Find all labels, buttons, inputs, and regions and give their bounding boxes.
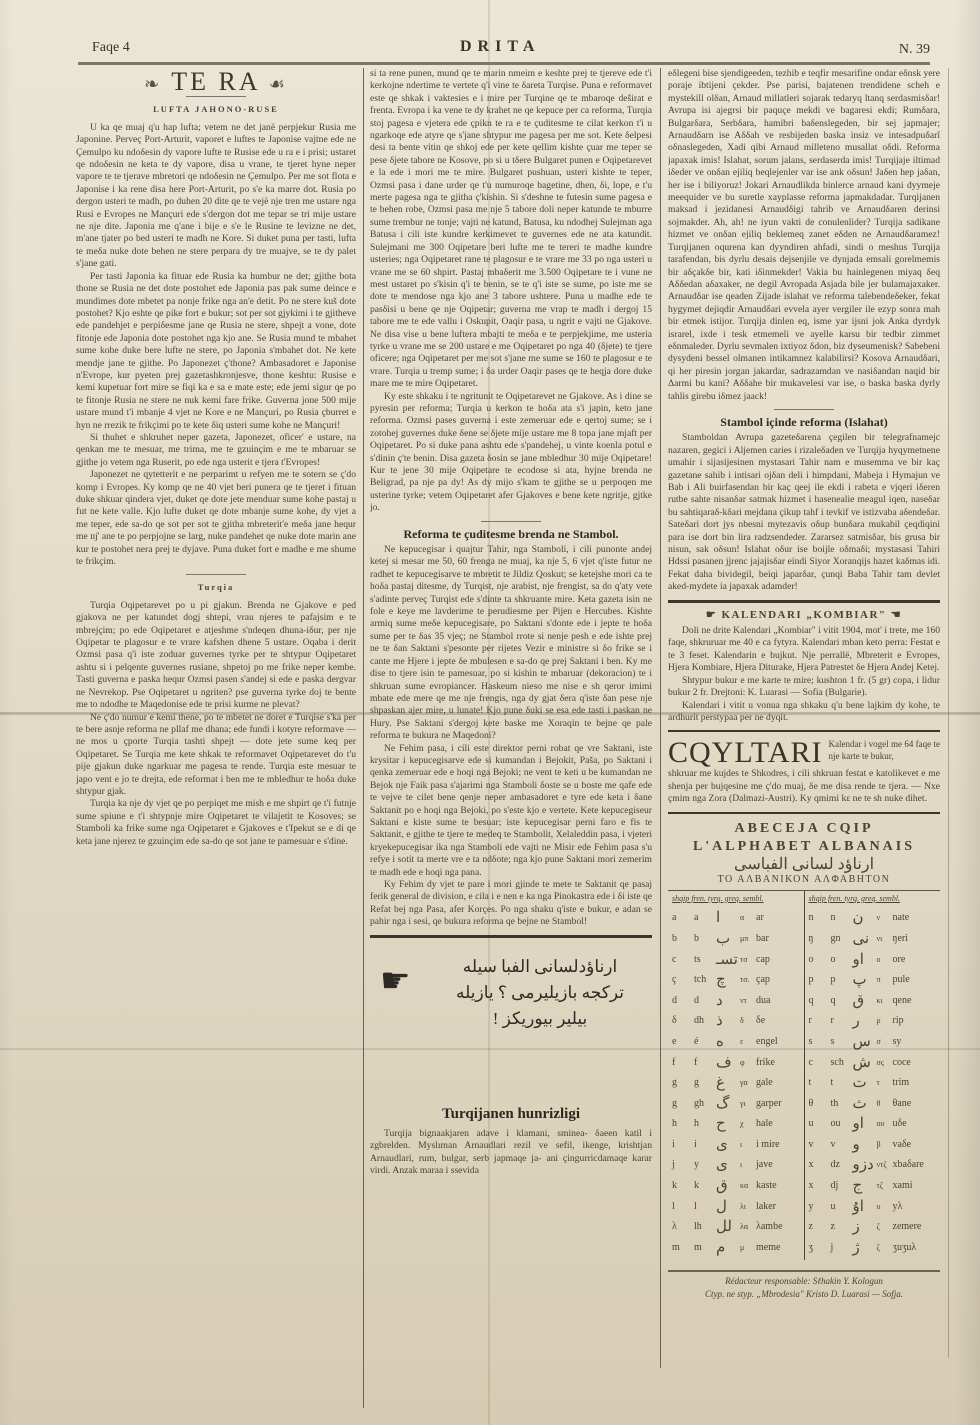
ottoman-letter: ژ [853, 1238, 877, 1259]
french-equivalent: s [831, 1032, 853, 1053]
alphabet-row: ssسσsy [809, 1032, 937, 1053]
ornament-left-icon: ❧ [144, 74, 162, 94]
french-equivalent: d [694, 991, 716, 1012]
greek-equivalent: τ [877, 1073, 893, 1094]
ottoman-letter: ز [853, 1217, 877, 1238]
ottoman-letter: ذ [716, 1011, 740, 1032]
pointing-hand-icon: ☛ [380, 976, 410, 988]
albanian-letter: p [809, 970, 831, 991]
ottoman-letter: م [716, 1238, 740, 1259]
alphabet-row: kkقκαkaste [672, 1176, 800, 1197]
example-word: θane [893, 1094, 937, 1115]
divider [481, 521, 541, 522]
french-equivalent: gn [831, 929, 853, 950]
greek-equivalent: γα [740, 1073, 756, 1094]
ottoman-letter: گ [716, 1094, 740, 1115]
greek-equivalent: ο [877, 950, 893, 971]
ottoman-letter: نی [853, 929, 877, 950]
alphabet-row: ggغγαgale [672, 1073, 800, 1094]
french-equivalent: n [831, 908, 853, 929]
cqyltari-title: CQYLTARI [668, 738, 823, 768]
alphabet-row: xdzدزوντζxbaδare [809, 1155, 937, 1176]
ottoman-letter: ث [853, 1094, 877, 1115]
alphabet-row: nnنνnate [809, 908, 937, 929]
alphabet-row: λlhللλαλambe [672, 1217, 800, 1238]
albanian-letter: j [672, 1155, 694, 1176]
alphabet-right-half: shqip fren. tyrq. greq. sembl. nnنνnateŋ… [804, 891, 941, 1261]
french-equivalent: o [831, 950, 853, 971]
greek-equivalent: γι [740, 1094, 756, 1115]
alphabet-row: mmمμmeme [672, 1238, 800, 1259]
example-word: kaste [756, 1176, 800, 1197]
column-1: ❧ TE RA ☙ LUFTA JAHONO-RUSE U ka qe muaj… [76, 68, 356, 1368]
example-word: frike [756, 1053, 800, 1074]
alphabet-title-ottoman: ارناؤد لسانی الفباسی [668, 856, 940, 874]
french-equivalent: l [694, 1197, 716, 1218]
greek-equivalent: μπ [740, 929, 756, 950]
french-equivalent: v [831, 1135, 853, 1156]
ottoman-letter: و [853, 1135, 877, 1156]
french-equivalent: r [831, 1011, 853, 1032]
example-word: ore [893, 950, 937, 971]
alphabet-row: vvوβvaδe [809, 1135, 937, 1156]
divider [668, 730, 940, 732]
example-word: xbaδare [893, 1155, 937, 1176]
example-word: nate [893, 908, 937, 929]
french-equivalent: h [694, 1114, 716, 1135]
cqyltari-side-text: Kalendar i vogel me 64 faqe te nje karte… [829, 738, 941, 762]
greek-equivalent: νι [877, 929, 893, 950]
ottoman-letter: او [853, 950, 877, 971]
greek-equivalent: ρ [877, 1011, 893, 1032]
albanian-letter: f [672, 1053, 694, 1074]
newspaper-page: Faqe 4 DRITA N. 39 ❧ TE RA ☙ LUFTA JAHON… [0, 0, 980, 1425]
greek-equivalent: ι [740, 1135, 756, 1156]
example-word: trim [893, 1073, 937, 1094]
example-word: δe [756, 1011, 800, 1032]
masthead-rule [78, 62, 930, 65]
imprint: Rédacteur responsable: Sℓhakin Y. Kologu… [668, 1270, 940, 1301]
french-equivalent: y [694, 1155, 716, 1176]
alphabet-row: θthثθθane [809, 1094, 937, 1115]
column-2: si ta rene punen, mund qe te marin nmeim… [370, 68, 652, 1398]
alphabet-row: ppپπpule [809, 970, 937, 991]
greek-equivalent: α [740, 908, 756, 929]
alphabet-title-greek: ΤΟ ΑΛΒΑΝΙΚΟΝ ΑΛΦΑΒΗΤΟΝ [668, 874, 940, 886]
alphabet-row: ttتτtrim [809, 1073, 937, 1094]
ottoman-letter: س [853, 1032, 877, 1053]
pointing-hand-icon: ☛ [706, 609, 717, 621]
example-word: çap [756, 970, 800, 991]
divider [186, 574, 246, 575]
greek-equivalent: ντζ [877, 1155, 893, 1176]
example-word: ŋeri [893, 929, 937, 950]
article-paragraph: Per tasti Japonia ka fituar ede Rusia ka… [76, 271, 356, 432]
albanian-letter: ŋ [809, 929, 831, 950]
french-equivalent: a [694, 908, 716, 929]
albanian-letter: u [809, 1114, 831, 1135]
greek-equivalent: ντ [740, 991, 756, 1012]
divider [668, 812, 940, 814]
alphabet-row: xdjجτζxami [809, 1176, 937, 1197]
alphabet-row: zzزζzemere [809, 1217, 937, 1238]
albanian-letter: c [809, 1053, 831, 1074]
albanian-letter: r [809, 1011, 831, 1032]
albanian-letter: x [809, 1155, 831, 1176]
article-paragraph: Ne kepucegisar i quajtur Tahir, nga Stam… [370, 544, 652, 743]
article-headline: Stambol içinde reforma (Islahat) [668, 416, 940, 428]
ottoman-letter: ح [716, 1114, 740, 1135]
albanian-letter: e [672, 1032, 694, 1053]
ottoman-letter: غ [716, 1073, 740, 1094]
example-word: ʒuʒuλ [893, 1238, 937, 1259]
alphabet-header: shqip fren. tyrq. greq. sembl. [809, 893, 937, 905]
albanian-letter: ç [672, 970, 694, 991]
french-equivalent: tch [694, 970, 716, 991]
example-word: uδe [893, 1114, 937, 1135]
albanian-letter: z [809, 1217, 831, 1238]
albanian-letter: x [809, 1176, 831, 1197]
column-divider [660, 68, 661, 1368]
example-word: ar [756, 908, 800, 929]
alphabet-row: çtchچτσ.çap [672, 970, 800, 991]
advertisement: ☛ ارناؤدلسانی الفبا سیله ترکجه بازیلیرمی… [370, 944, 652, 1104]
example-word: laker [756, 1197, 800, 1218]
french-equivalent: é [694, 1032, 716, 1053]
article-paragraph: Turqia Oqipetarevet po u pi gjakun. Bren… [76, 600, 356, 712]
french-equivalent: p [831, 970, 853, 991]
article-paragraph: Stamboldan Avrupa gazeteδarena çegilen b… [668, 432, 940, 593]
ottoman-text: ارناؤدلسانی الفبا سیله ترکجه بازیلیرمی ؟… [440, 954, 640, 1032]
alphabet-row: ffفφfrike [672, 1053, 800, 1074]
alphabet-row: eéهεengel [672, 1032, 800, 1053]
greek-equivalent: μ [740, 1238, 756, 1259]
french-equivalent: ts [694, 950, 716, 971]
french-equivalent: k [694, 1176, 716, 1197]
albanian-letter: q [809, 991, 831, 1012]
greek-equivalent: ζ [877, 1238, 893, 1259]
alphabet-left-half: shqip fren. tyrq. greq. sembl. aaاαarbbب… [668, 891, 804, 1261]
article-paragraph: Ne ç'do numur e kemi thene, po te mbetet… [76, 712, 356, 799]
albanian-letter: i [672, 1135, 694, 1156]
ottoman-letter: ا [716, 908, 740, 929]
newspaper-title: DRITA [460, 38, 540, 56]
example-word: engel [756, 1032, 800, 1053]
alphabet-row: qqقκιqene [809, 991, 937, 1012]
article-paragraph: Turqia ka nje dy vjet qe po perpiqet me … [76, 798, 356, 848]
article-paragraph: si ta rene punen, mund qe te marin nmeim… [370, 68, 652, 391]
greek-equivalent: χ [740, 1114, 756, 1135]
article-subhead: Turqia [76, 581, 356, 593]
french-equivalent: u [831, 1197, 853, 1218]
ottoman-letter: ب [716, 929, 740, 950]
greek-equivalent: κι [877, 991, 893, 1012]
ottoman-letter: اۇ [853, 1197, 877, 1218]
ottoman-letter: ش [853, 1053, 877, 1074]
greek-equivalent: ν [877, 908, 893, 929]
divider [774, 409, 834, 410]
example-word: i mire [756, 1135, 800, 1156]
albanian-letter: λ [672, 1217, 694, 1238]
article-paragraph: Ky Fehim dy vjet te pare i mori gjinde t… [370, 879, 652, 929]
ad-body: Turqija bignaakjaren adave i klamani, sm… [370, 1128, 652, 1178]
example-word: hale [756, 1114, 800, 1135]
alphabet-row: δdhذδδe [672, 1011, 800, 1032]
alphabet-row: uouاوουuδe [809, 1114, 937, 1135]
kalendar-paragraph: Kalendari i vitit u vonua nga shkaku q'u… [668, 700, 940, 725]
alphabet-row: jyیιjave [672, 1155, 800, 1176]
greek-equivalent: τσ [740, 950, 756, 971]
french-equivalent: dh [694, 1011, 716, 1032]
example-word: cap [756, 950, 800, 971]
kalendar-paragraph: Doli ne drite Kalendari „Kombiar" i viti… [668, 625, 940, 675]
alphabet-title-fr: L'ALPHABET ALBANAIS [668, 838, 940, 856]
greek-equivalent: σ [877, 1032, 893, 1053]
example-word: pule [893, 970, 937, 991]
example-word: vaδe [893, 1135, 937, 1156]
example-word: coce [893, 1053, 937, 1074]
alphabet-row: cschشσςcoce [809, 1053, 937, 1074]
kalendar-paragraph: Shtypur bukur e me karte te mire; kushto… [668, 675, 940, 700]
editor-line: Rédacteur responsable: Sℓhakin Y. Kologu… [668, 1275, 940, 1288]
french-equivalent: t [831, 1073, 853, 1094]
greek-equivalent: ε [740, 1032, 756, 1053]
french-equivalent: q [831, 991, 853, 1012]
ad-title: Turqijanen hunrizligi [370, 1108, 652, 1120]
alphabet-row: ctsتسـτσcap [672, 950, 800, 971]
article-headline: Reforma te çuditesme brenda ne Stambol. [370, 528, 652, 540]
page-number: Faqe 4 [92, 40, 130, 56]
article-subhead: LUFTA JAHONO-RUSE [76, 103, 356, 115]
kalendar-title: KALENDARI „KOMBIAR" [721, 609, 886, 621]
column-3: eδlegeni bise sjendigeeden, tezhib e teq… [668, 68, 940, 1348]
alphabet-row: bbبμπbar [672, 929, 800, 950]
alphabet-row: hhحχhale [672, 1114, 800, 1135]
albanian-letter: δ [672, 1011, 694, 1032]
example-word: sy [893, 1032, 937, 1053]
example-word: jave [756, 1155, 800, 1176]
example-word: dua [756, 991, 800, 1012]
article-paragraph: U ka qe muaj q'u hap lufta; vetem ne det… [76, 122, 356, 271]
french-equivalent: g [694, 1073, 716, 1094]
greek-equivalent: λα [740, 1217, 756, 1238]
example-word: yλ [893, 1197, 937, 1218]
alphabet-header: shqip fren. tyrq. greq. sembl. [672, 893, 800, 905]
alphabet-row: iiىιi mire [672, 1135, 800, 1156]
example-word: qene [893, 991, 937, 1012]
issue-number: N. 39 [899, 42, 930, 58]
albanian-letter: b [672, 929, 694, 950]
albanian-letter: c [672, 950, 694, 971]
article-paragraph: eδlegeni bise sjendigeeden, tezhib e teq… [668, 68, 940, 403]
french-equivalent: ou [831, 1114, 853, 1135]
ottoman-letter: ه [716, 1032, 740, 1053]
article-paragraph: Ne Fehim pasa, i cili este direktor pern… [370, 743, 652, 879]
example-word: garper [756, 1094, 800, 1115]
ornament-right-icon: ☙ [269, 74, 288, 94]
ottoman-letter: تسـ [716, 950, 740, 971]
greek-equivalent: τζ [877, 1176, 893, 1197]
alphabet-row: ŋgnنیνιŋeri [809, 929, 937, 950]
ottoman-letter: د [716, 991, 740, 1012]
ottoman-letter: ق [716, 1176, 740, 1197]
printer-line: Ctyp. ne styp. „Mbrodesia" Kristo D. Lua… [668, 1288, 940, 1301]
french-equivalent: gh [694, 1094, 716, 1115]
greek-equivalent: φ [740, 1053, 756, 1074]
albanian-letter: g [672, 1073, 694, 1094]
greek-equivalent: λι [740, 1197, 756, 1218]
greek-equivalent: π [877, 970, 893, 991]
section-heading: ❧ TE RA ☙ [76, 76, 356, 90]
example-word: meme [756, 1238, 800, 1259]
greek-equivalent: κα [740, 1176, 756, 1197]
alphabet-title: ABECEJA CQIP [668, 820, 940, 838]
greek-equivalent: τσ. [740, 970, 756, 991]
greek-equivalent: ι [740, 1155, 756, 1176]
ottoman-letter: لل [716, 1217, 740, 1238]
albanian-letter: k [672, 1176, 694, 1197]
alphabet-row: rrرρrip [809, 1011, 937, 1032]
alphabet-row: ʒjژζʒuʒuλ [809, 1238, 937, 1259]
ottoman-letter: ر [853, 1011, 877, 1032]
albanian-letter: ʒ [809, 1238, 831, 1259]
alphabet-row: gghگγιgarper [672, 1094, 800, 1115]
greek-equivalent: υ [877, 1197, 893, 1218]
ottoman-letter: ن [853, 908, 877, 929]
french-equivalent: b [694, 929, 716, 950]
example-word: xami [893, 1176, 937, 1197]
alphabet-row: ddدντdua [672, 991, 800, 1012]
albanian-letter: t [809, 1073, 831, 1094]
section-title: TE RA [171, 68, 259, 96]
ottoman-letter: او [853, 1114, 877, 1135]
ottoman-letter: ق [853, 991, 877, 1012]
greek-equivalent: ου [877, 1114, 893, 1135]
ottoman-letter: ج [853, 1176, 877, 1197]
albanian-letter: l [672, 1197, 694, 1218]
example-word: rip [893, 1011, 937, 1032]
divider [668, 600, 940, 603]
column-divider [363, 68, 364, 1408]
alphabet-row: yuاۇυyλ [809, 1197, 937, 1218]
french-equivalent: f [694, 1053, 716, 1074]
kalendar-heading: ☛ KALENDARI „KOMBIAR" ☚ [668, 609, 940, 621]
ottoman-letter: ف [716, 1053, 740, 1074]
greek-equivalent: δ [740, 1011, 756, 1032]
french-equivalent: th [831, 1094, 853, 1115]
alphabet-row: llلλιlaker [672, 1197, 800, 1218]
french-equivalent: m [694, 1238, 716, 1259]
albanian-letter: θ [809, 1094, 831, 1115]
ottoman-letter: ت [853, 1073, 877, 1094]
cqyltari-ad: CQYLTARI Kalendar i vogel me 64 faqe te … [668, 738, 940, 768]
pointing-hand-icon: ☚ [891, 609, 902, 621]
ottoman-letter: دزو [853, 1155, 877, 1176]
alphabet-row: aaاαar [672, 908, 800, 929]
example-word: bar [756, 929, 800, 950]
divider [186, 96, 246, 97]
french-equivalent: lh [694, 1217, 716, 1238]
albanian-letter: y [809, 1197, 831, 1218]
ottoman-letter: ى [716, 1135, 740, 1156]
french-equivalent: dz [831, 1155, 853, 1176]
cqyltari-text: shkruar me kujdes te Shkodres, i cili sh… [668, 768, 940, 805]
divider [370, 935, 652, 938]
french-equivalent: dj [831, 1176, 853, 1197]
french-equivalent: j [831, 1238, 853, 1259]
albanian-letter: m [672, 1238, 694, 1259]
albanian-letter: g [672, 1094, 694, 1115]
albanian-letter: n [809, 908, 831, 929]
article-paragraph: Si thuhet e shkruhet neper gazeta, Japon… [76, 432, 356, 469]
example-word: λambe [756, 1217, 800, 1238]
french-equivalent: i [694, 1135, 716, 1156]
alphabet-grid: shqip fren. tyrq. greq. sembl. aaاαarbbب… [668, 890, 940, 1261]
greek-equivalent: ζ [877, 1217, 893, 1238]
ottoman-letter: چ [716, 970, 740, 991]
albanian-letter: d [672, 991, 694, 1012]
greek-equivalent: β [877, 1135, 893, 1156]
albanian-letter: v [809, 1135, 831, 1156]
example-word: zemere [893, 1217, 937, 1238]
greek-equivalent: σς [877, 1053, 893, 1074]
albanian-letter: h [672, 1114, 694, 1135]
albanian-letter: o [809, 950, 831, 971]
albanian-letter: a [672, 908, 694, 929]
page-border [948, 68, 949, 1358]
albanian-letter: s [809, 1032, 831, 1053]
french-equivalent: sch [831, 1053, 853, 1074]
ottoman-letter: پ [853, 970, 877, 991]
greek-equivalent: θ [877, 1094, 893, 1115]
ottoman-letter: ی [716, 1155, 740, 1176]
french-equivalent: z [831, 1217, 853, 1238]
example-word: gale [756, 1073, 800, 1094]
article-paragraph: Ky este shkaku i te ngritunit te Oqipeta… [370, 391, 652, 515]
masthead: Faqe 4 DRITA N. 39 [40, 38, 930, 62]
article-paragraph: Japonezet ne qytetterit e ne perparimt u… [76, 469, 356, 568]
ottoman-letter: ل [716, 1197, 740, 1218]
alphabet-table: ABECEJA CQIP L'ALPHABET ALBANAIS ارناؤد … [668, 820, 940, 1261]
alphabet-row: ooاوοore [809, 950, 937, 971]
